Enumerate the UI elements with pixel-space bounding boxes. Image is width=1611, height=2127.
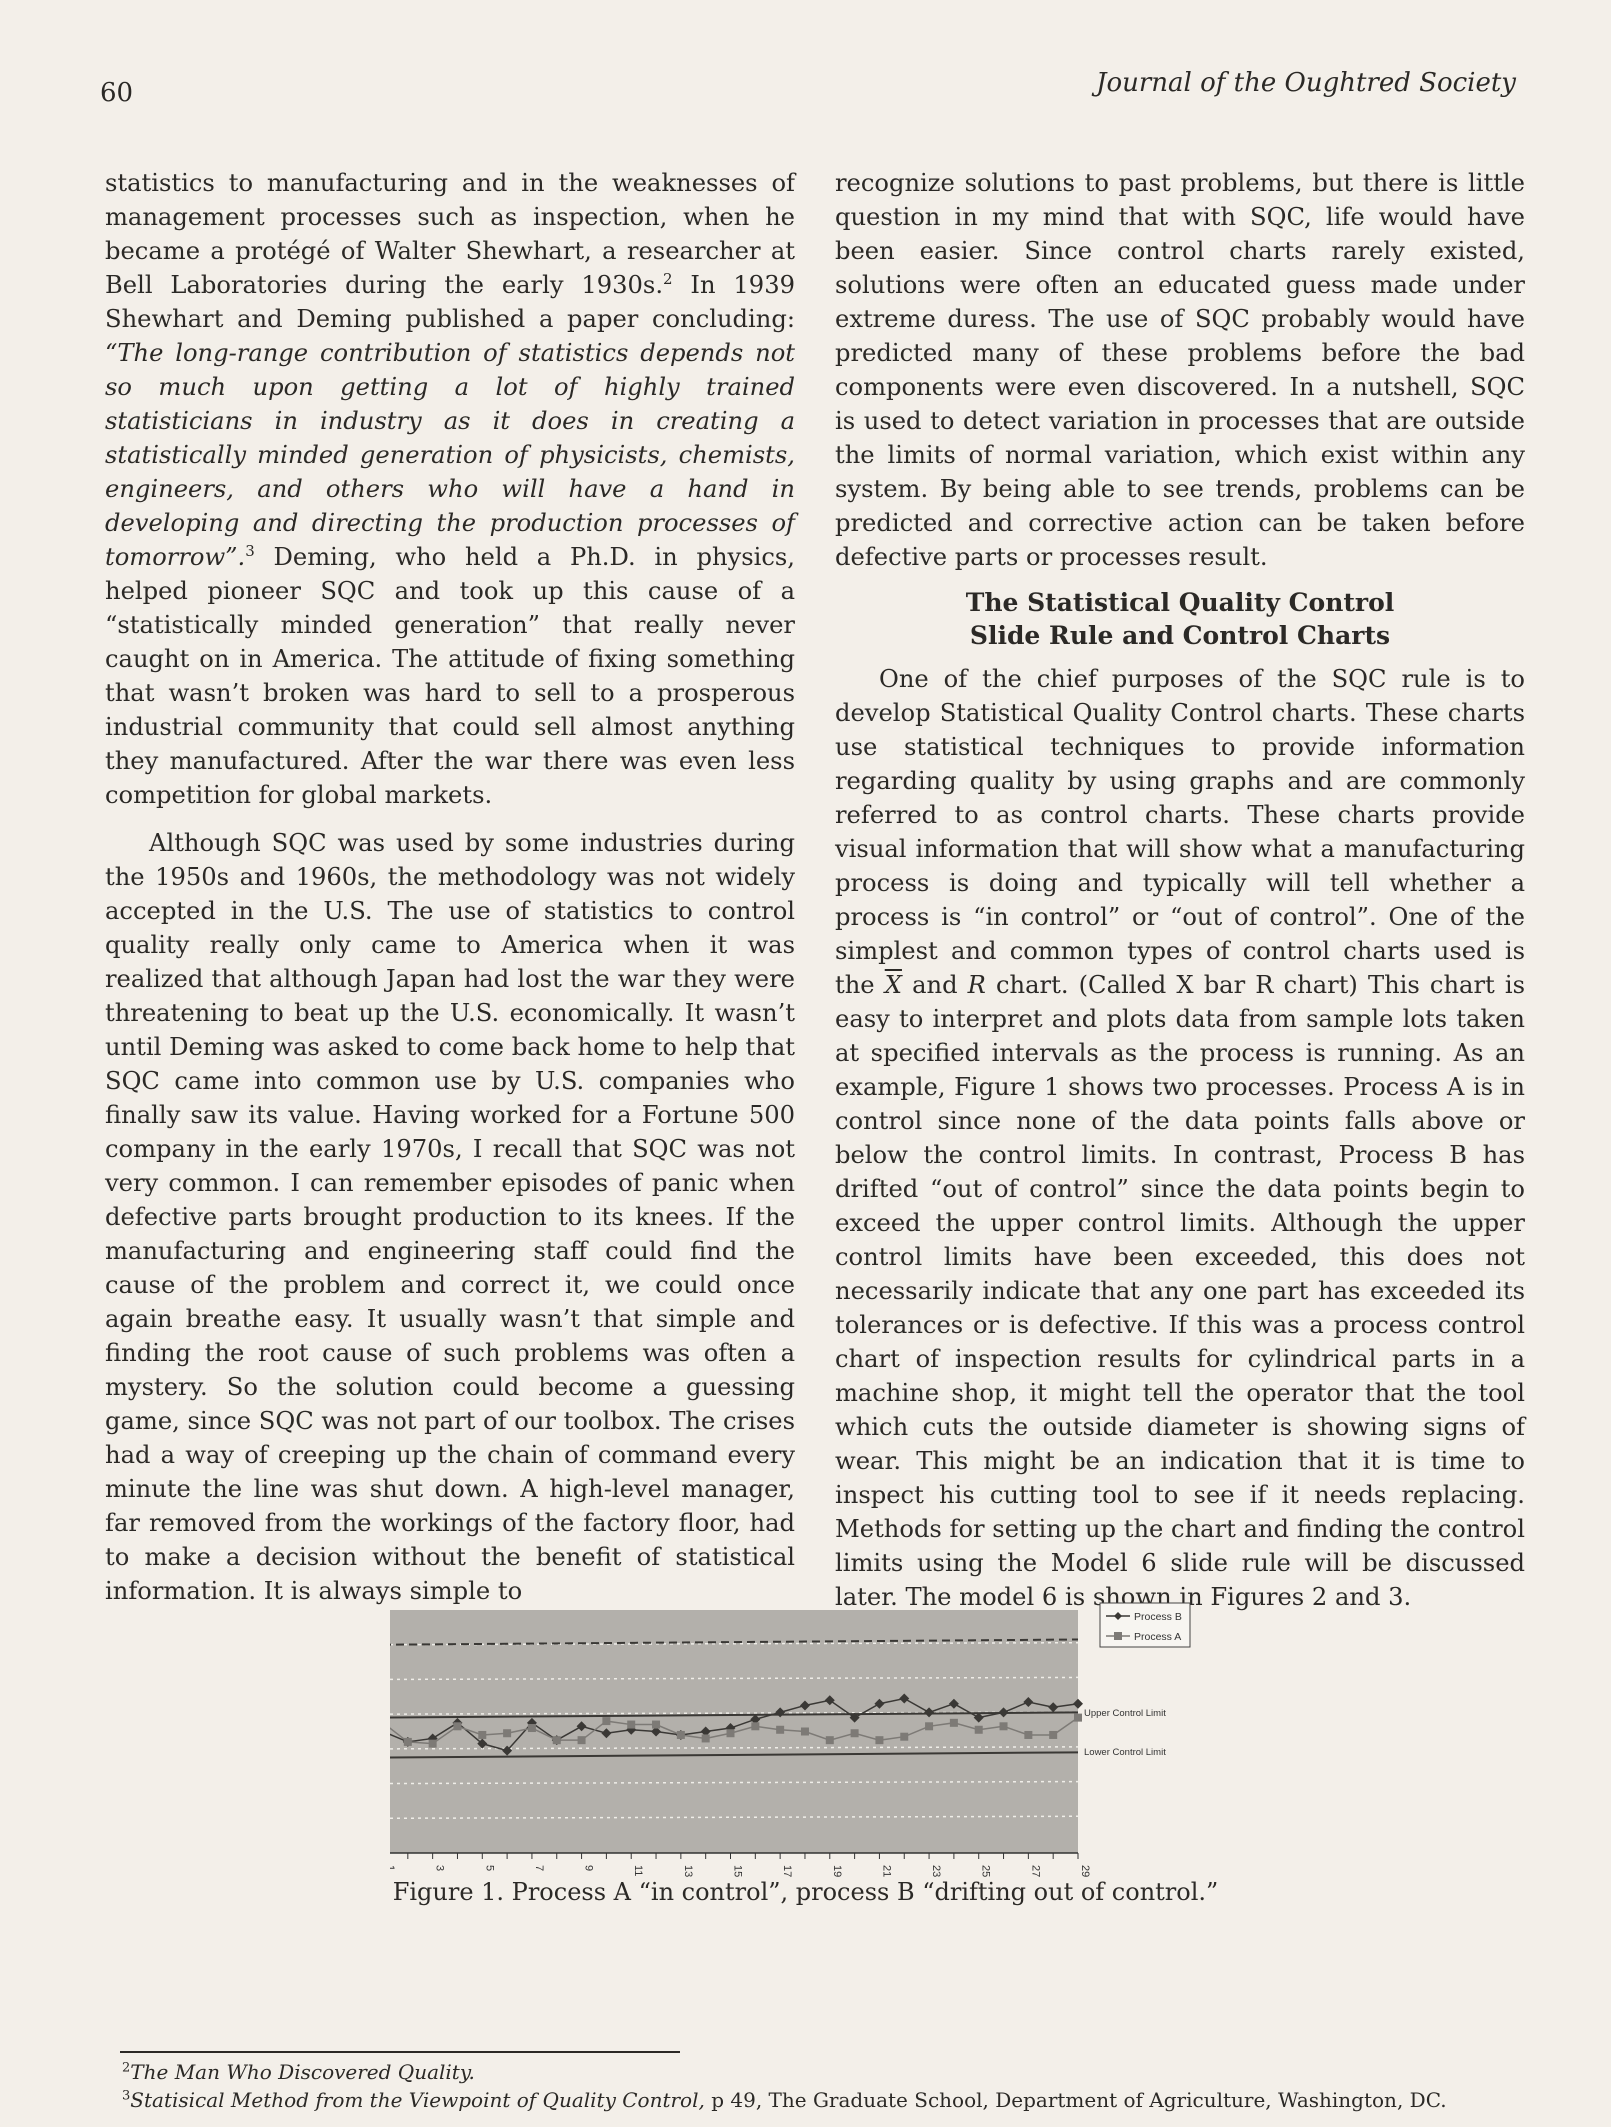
data-point-square (950, 1719, 958, 1727)
data-point-square (528, 1724, 536, 1732)
heading-line: Slide Rule and Control Charts (835, 619, 1525, 652)
data-point-square (702, 1734, 710, 1742)
data-point-square (1049, 1731, 1057, 1739)
x-tick-label: 1 (390, 1865, 396, 1871)
data-point-square (727, 1729, 735, 1737)
paragraph: recognize solutions to past problems, bu… (835, 166, 1525, 574)
data-point-square (826, 1736, 834, 1744)
legend-label: Process B (1134, 1611, 1182, 1623)
data-point-square (652, 1721, 660, 1729)
x-tick-label: 19 (831, 1865, 843, 1877)
paragraph: Although SQC was used by some industries… (105, 826, 795, 1608)
legend-label: Process A (1134, 1631, 1181, 1643)
x-tick-label: 9 (583, 1865, 595, 1871)
x-tick-label: 23 (930, 1865, 942, 1877)
data-point-square (751, 1722, 759, 1730)
right-column: recognize solutions to past problems, bu… (835, 166, 1525, 1614)
data-point-square (503, 1729, 511, 1737)
data-point-square (801, 1728, 809, 1736)
text-run: and (902, 971, 968, 999)
data-point-square (776, 1726, 784, 1734)
x-tick-label: 11 (632, 1865, 644, 1876)
data-point-square (975, 1726, 983, 1734)
x-tick-label: 15 (732, 1865, 744, 1877)
footnote-title: Statisical Method from the Viewpoint of … (130, 2088, 705, 2112)
footnote-3: 3Statisical Method from the Viewpoint of… (122, 2086, 1447, 2114)
footnote-ref[interactable]: 2 (663, 270, 673, 288)
x-tick-label: 5 (483, 1865, 495, 1871)
heading-line: The Statistical Quality Control (835, 586, 1525, 619)
footnote-rule (120, 2051, 680, 2053)
data-point-square (478, 1731, 486, 1739)
x-tick-label: 25 (980, 1865, 992, 1877)
control-limit-label: Lower Control Limit (1084, 1747, 1166, 1758)
x-tick-label: 21 (880, 1865, 892, 1877)
data-point-square (925, 1722, 933, 1730)
text-run: chart. (Called X bar R chart) This chart… (835, 971, 1525, 1611)
section-heading: The Statistical Quality Control Slide Ru… (835, 586, 1525, 652)
x-tick-label: 7 (533, 1865, 545, 1871)
control-chart: 024681012141357911131517192123252729Proc… (390, 1590, 1250, 1890)
data-point-square (429, 1740, 437, 1748)
x-bar-symbol: X (885, 971, 902, 999)
data-point-square (578, 1736, 586, 1744)
data-point-square (453, 1722, 461, 1730)
paragraph: One of the chief purposes of the SQC rul… (835, 662, 1525, 1614)
r-symbol: R (968, 971, 986, 999)
x-tick-label: 3 (434, 1865, 446, 1871)
x-tick-label: 17 (781, 1865, 793, 1877)
figure-1-chart: 024681012141357911131517192123252729Proc… (390, 1590, 1250, 1890)
x-tick-label: 29 (1079, 1865, 1091, 1877)
figure-caption: Figure 1. Process A “in control”, proces… (0, 1878, 1611, 1906)
x-tick-label: 27 (1029, 1865, 1041, 1877)
footnote-text: p 49, The Graduate School, Department of… (705, 2088, 1447, 2112)
x-tick-label: 13 (682, 1865, 694, 1877)
paragraph: statistics to manufacturing and in the w… (105, 166, 795, 812)
data-point-square (1000, 1722, 1008, 1730)
text-run: One of the chief purposes of the SQC rul… (835, 665, 1525, 999)
data-point-square (851, 1729, 859, 1737)
quotation: “The long-range contribution of statisti… (105, 339, 795, 571)
running-head: Journal of the Oughtred Society (1096, 68, 1516, 98)
left-column: statistics to manufacturing and in the w… (105, 166, 795, 1608)
footnote-2: 2The Man Who Discovered Quality. (122, 2058, 1447, 2086)
data-point-square (404, 1738, 412, 1746)
data-point-square (1074, 1714, 1082, 1722)
data-point-square (553, 1736, 561, 1744)
data-point-square (1024, 1731, 1032, 1739)
page-number: 60 (100, 78, 133, 108)
footnote-ref[interactable]: 3 (245, 542, 255, 560)
control-limit-label: Upper Control Limit (1084, 1708, 1166, 1719)
data-point-square (677, 1731, 685, 1739)
footnotes: 2The Man Who Discovered Quality. 3Statis… (122, 2058, 1447, 2114)
text-run: Deming, who held a Ph.D. in physics, hel… (105, 543, 795, 809)
data-point-square (875, 1736, 883, 1744)
data-point-square (602, 1717, 610, 1725)
data-point-square (900, 1733, 908, 1741)
data-point-square (627, 1721, 635, 1729)
footnote-title: The Man Who Discovered Quality. (130, 2060, 475, 2084)
